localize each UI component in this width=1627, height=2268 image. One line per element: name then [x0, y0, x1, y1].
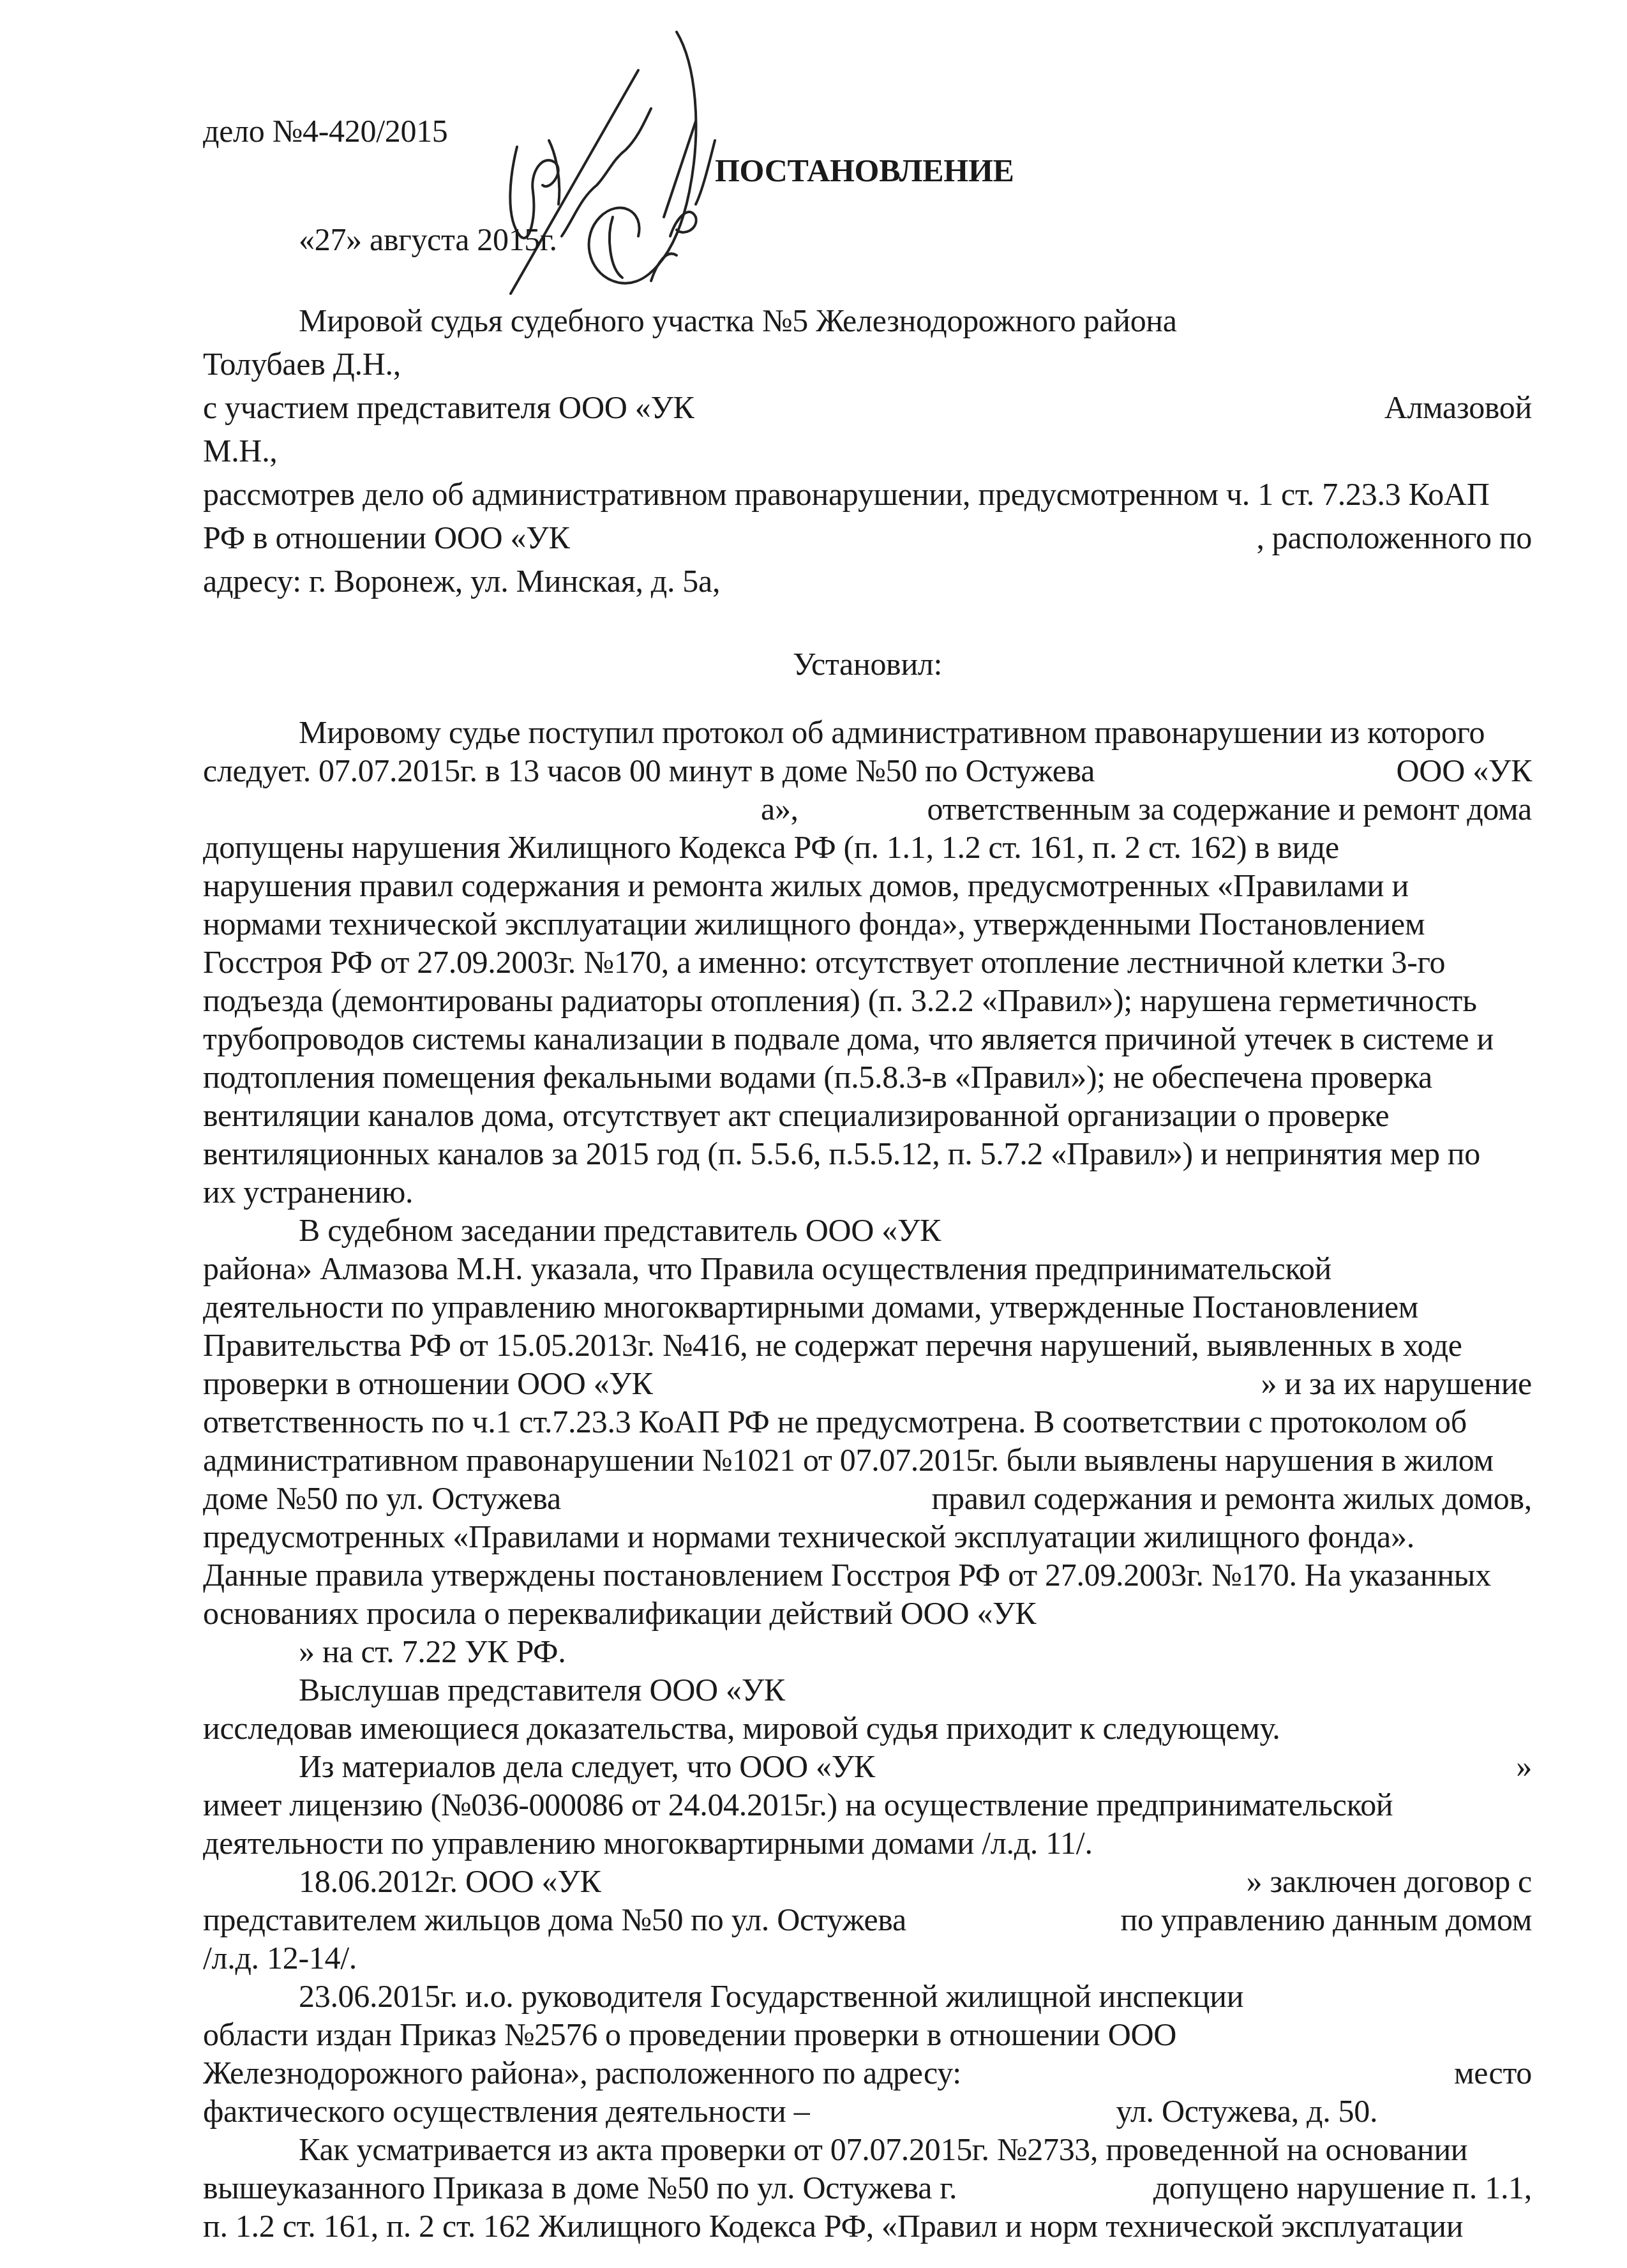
paragraph-4-line-1: Из материалов дела следует, что ООО «УК …	[203, 1747, 1532, 1785]
paragraph-5-line-2: представителем жильцов дома №50 по ул. О…	[203, 1900, 1532, 1939]
paragraph-2-line-10: Данные правила утверждены постановлением…	[203, 1556, 1532, 1594]
document-page: дело №4-420/2015 ПОСТАНОВЛЕНИЕ «27» авгу…	[0, 0, 1627, 2268]
text-fragment: Железнодорожного района», расположенного…	[203, 2054, 961, 2092]
paragraph-2-line-2: района» Алмазова М.Н. указала, что Прави…	[203, 1249, 1532, 1288]
text-fragment: следует. 07.07.2015г. в 13 часов 00 мину…	[203, 751, 1095, 790]
paragraph-1-line-3: а», ответственным за содержание и ремонт…	[761, 790, 1532, 828]
text-fragment: с участием представителя ООО «УК	[203, 388, 694, 426]
text-fragment: допущено нарушение п. 1.1,	[1153, 2168, 1532, 2207]
paragraph-2-line-6: ответственность по ч.1 ст.7.23.3 КоАП РФ…	[203, 1402, 1532, 1441]
paragraph-7-line-1: Как усматривается из акта проверки от 07…	[203, 2130, 1532, 2168]
document-date: «27» августа 2015г.	[299, 220, 1627, 259]
text-fragment: , расположенного по	[1256, 518, 1532, 557]
intro-org-line: РФ в отношении ООО «УК , расположенного …	[203, 518, 1532, 557]
paragraph-1-line-11: вентиляции каналов дома, отсутствует акт…	[203, 1096, 1532, 1134]
paragraph-6-line-1: 23.06.2015г. и.о. руководителя Государст…	[203, 1977, 1532, 2015]
text-fragment: » и за их нарушение	[1261, 1364, 1532, 1402]
text-fragment: Алмазовой	[1384, 388, 1532, 426]
text-fragment: доме №50 по ул. Остужева	[203, 1479, 561, 1517]
paragraph-1-line-12: вентиляционных каналов за 2015 год (п. 5…	[203, 1134, 1532, 1173]
text-fragment: фактического осуществления деятельности …	[203, 2093, 809, 2129]
text-fragment: ул. Остужева, д. 50.	[1116, 2093, 1377, 2129]
intro-case-line: рассмотрев дело об административном прав…	[203, 475, 1532, 513]
paragraph-4-line-2: имеет лицензию (№036-000086 от 24.04.201…	[203, 1785, 1532, 1824]
paragraph-1-line-9: трубопроводов системы канализации в подв…	[203, 1019, 1532, 1058]
text-fragment: представителем жильцов дома №50 по ул. О…	[203, 1900, 906, 1939]
paragraph-2-line-3: деятельности по управлению многоквартирн…	[203, 1288, 1532, 1326]
text-fragment: ответственным за содержание и ремонт дом…	[927, 790, 1532, 828]
intro-judge-name: Толубаев Д.Н.,	[203, 345, 1532, 383]
paragraph-2-line-4: Правительства РФ от 15.05.2013г. №416, н…	[203, 1326, 1532, 1364]
intro-representative-line: с участием представителя ООО «УК Алмазов…	[203, 388, 1532, 426]
paragraph-7-line-2: вышеуказанного Приказа в доме №50 по ул.…	[203, 2168, 1532, 2207]
paragraph-2-line-12: » на ст. 7.22 УК РФ.	[203, 1632, 1532, 1671]
paragraph-1-line-6: нормами технической эксплуатации жилищно…	[203, 905, 1532, 943]
paragraph-5-line-1: 18.06.2012г. ООО «УК » заключен договор …	[203, 1862, 1532, 1900]
text-fragment: »	[1516, 1747, 1532, 1785]
paragraph-2-line-1: В судебном заседании представитель ООО «…	[203, 1211, 1532, 1249]
intro-representative-initials: М.Н.,	[203, 432, 1532, 470]
text-fragment: Из материалов дела следует, что ООО «УК	[299, 1747, 875, 1785]
text-fragment: правил содержания и ремонта жилых домов,	[932, 1479, 1533, 1517]
paragraph-1-line-10: подтопления помещения фекальными водами …	[203, 1058, 1532, 1096]
paragraph-3-line-1: Выслушав представителя ООО «УК	[203, 1671, 1532, 1709]
paragraph-2-line-7: административном правонарушении №1021 от…	[203, 1441, 1532, 1479]
paragraph-1-line-4: допущены нарушения Жилищного Кодекса РФ …	[203, 828, 1532, 866]
paragraph-6-line-4: фактического осуществления деятельности …	[203, 2092, 1532, 2130]
paragraph-6-line-2: области издан Приказ №2576 о проведении …	[203, 2015, 1532, 2054]
text-fragment: ООО «УК	[1397, 751, 1532, 790]
text-fragment: Мировому судье поступил протокол об адми…	[299, 713, 1485, 751]
paragraph-1-line-1: Мировому судье поступил протокол об адми…	[203, 713, 1532, 751]
paragraph-1-line-2: следует. 07.07.2015г. в 13 часов 00 мину…	[203, 751, 1532, 790]
text-fragment: а»,	[761, 790, 799, 828]
text-fragment: » заключен договор с	[1247, 1862, 1532, 1900]
paragraph-2-line-9: предусмотренных «Правилами и нормами тех…	[203, 1517, 1532, 1556]
intro-address-line: адресу: г. Воронеж, ул. Минская, д. 5а,	[203, 562, 1532, 600]
paragraph-1-line-13: их устранению.	[203, 1173, 1532, 1211]
paragraph-1-line-8: подъезда (демонтированы радиаторы отопле…	[203, 981, 1532, 1019]
paragraph-2-line-11: основаниях просила о переквалификации де…	[203, 1594, 1532, 1632]
paragraph-2-line-5: проверки в отношении ООО «УК » и за их н…	[203, 1364, 1532, 1402]
text-fragment: проверки в отношении ООО «УК	[203, 1364, 653, 1402]
paragraph-2-line-8: доме №50 по ул. Остужева правил содержан…	[203, 1479, 1532, 1517]
text-fragment: РФ в отношении ООО «УК	[203, 518, 569, 557]
text-fragment: 18.06.2012г. ООО «УК	[299, 1862, 601, 1900]
paragraph-5-line-3: /л.д. 12-14/.	[203, 1939, 1532, 1977]
paragraph-1-line-5: нарушения правил содержания и ремонта жи…	[203, 866, 1532, 905]
paragraph-1-line-7: Госстроя РФ от 27.09.2003г. №170, а имен…	[203, 943, 1532, 981]
text-fragment: вышеуказанного Приказа в доме №50 по ул.…	[203, 2168, 957, 2207]
document-title: ПОСТАНОВЛЕНИЕ	[715, 151, 1098, 190]
paragraph-7-line-3: п. 1.2 ст. 161, п. 2 ст. 162 Жилищного К…	[203, 2207, 1532, 2245]
paragraph-3-line-2: исследовав имеющиеся доказательства, мир…	[203, 1709, 1532, 1747]
text-fragment: по управлению данным домом	[1120, 1900, 1532, 1939]
case-number: дело №4-420/2015	[203, 112, 1532, 150]
paragraph-4-line-3: деятельности по управлению многоквартирн…	[203, 1824, 1532, 1862]
paragraph-6-line-3: Железнодорожного района», расположенного…	[203, 2054, 1532, 2092]
intro-judge-line: Мировой судья судебного участка №5 Желез…	[203, 301, 1532, 340]
text-fragment: место	[1454, 2054, 1532, 2092]
section-heading: Установил:	[203, 645, 1532, 683]
